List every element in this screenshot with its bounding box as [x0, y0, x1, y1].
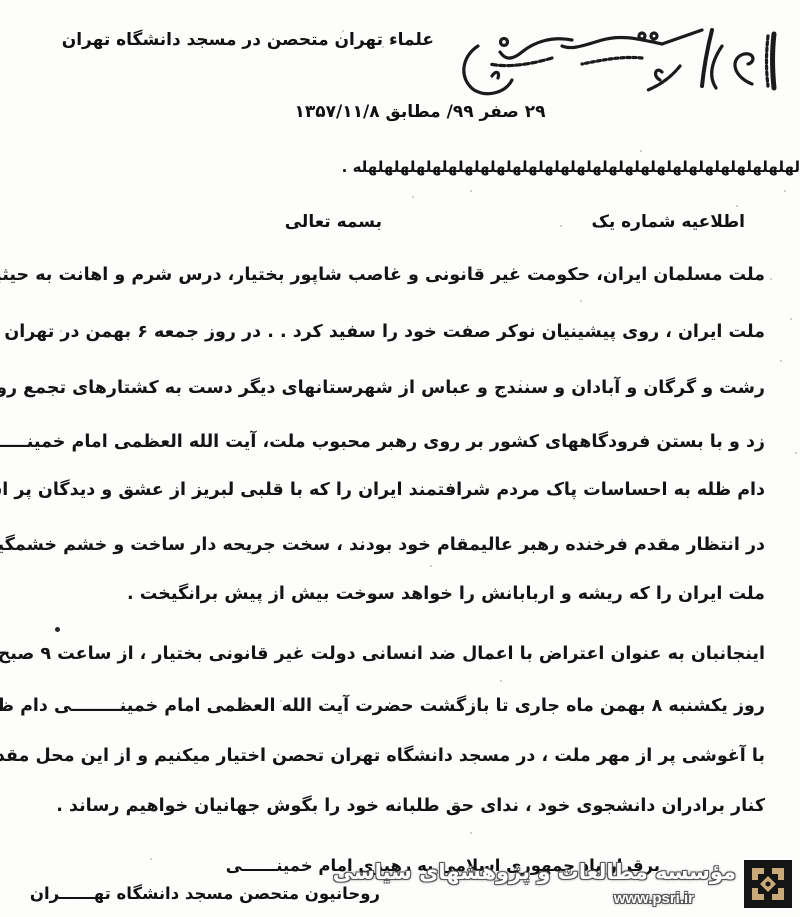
paragraph-line: در انتظار مقدم فرخنده رهبر عالیمقام خود …	[0, 535, 765, 555]
paragraph-line: ملت مسلمان ایران، حکومت غیر قانونی و غاص…	[0, 265, 765, 285]
decorative-separator: لهلهلهلهلهلهلهلهلهلهلهلهلهلهلهلهلهلهلهله…	[110, 158, 800, 176]
paragraph-line: رشت و گرگان و آبادان و سنندج و عباس از ش…	[0, 378, 765, 398]
document-date: ۲۹ صفر ۹۹/ مطابق ۱۳۵۷/۱۱/۸	[0, 102, 800, 122]
calligraphy-title-graphic	[412, 6, 792, 98]
paragraph-line: ملت ایران ، روی پیشینیان نوکر صفت خود را…	[0, 322, 765, 342]
psri-logo-icon	[744, 860, 792, 908]
signatory: روحانیون متحصن مسجد دانشگاه تهــــــران	[30, 884, 380, 903]
paragraph-line: اینجانبان به عنوان اعتراض با اعمال ضد ان…	[0, 644, 765, 664]
paragraph-line: کنار برادران دانشجوی خود ، ندای حق طلبان…	[56, 796, 765, 816]
paragraph-line: ملت ایران را که ریشه و اربابانش را خواهد…	[127, 584, 765, 604]
paragraph-line: زد و با بستن فرودگاههای کشور بر روی رهبر…	[0, 432, 765, 452]
basmala-heading: بسمه تعالی	[285, 212, 382, 232]
paragraph-line: دام ظله به احساسات پاک مردم شرافتمند ایر…	[0, 480, 765, 500]
watermark-institution-name: مؤسسه مطالعات و پژوهشهای سیاسی	[333, 860, 736, 884]
scanned-document-page: علماء تهران متحصن در مسجد دانشگاه تهران …	[0, 0, 800, 917]
paragraph-line: با آغوشی پر از مهر ملت ، در مسجد دانشگاه…	[0, 746, 765, 766]
calligraphic-title	[412, 6, 792, 98]
header-subtitle: علماء تهران متحصن در مسجد دانشگاه تهران	[62, 30, 434, 50]
psri-watermark: مؤسسه مطالعات و پژوهشهای سیاسی www.psri.…	[392, 858, 792, 914]
notice-number: اطلاعیه شماره یک	[591, 212, 745, 232]
paragraph-line: روز یکشنبه ۸ بهمن ماه جاری تا بازگشت حضر…	[0, 696, 765, 716]
watermark-url: www.psri.ir	[614, 890, 694, 907]
